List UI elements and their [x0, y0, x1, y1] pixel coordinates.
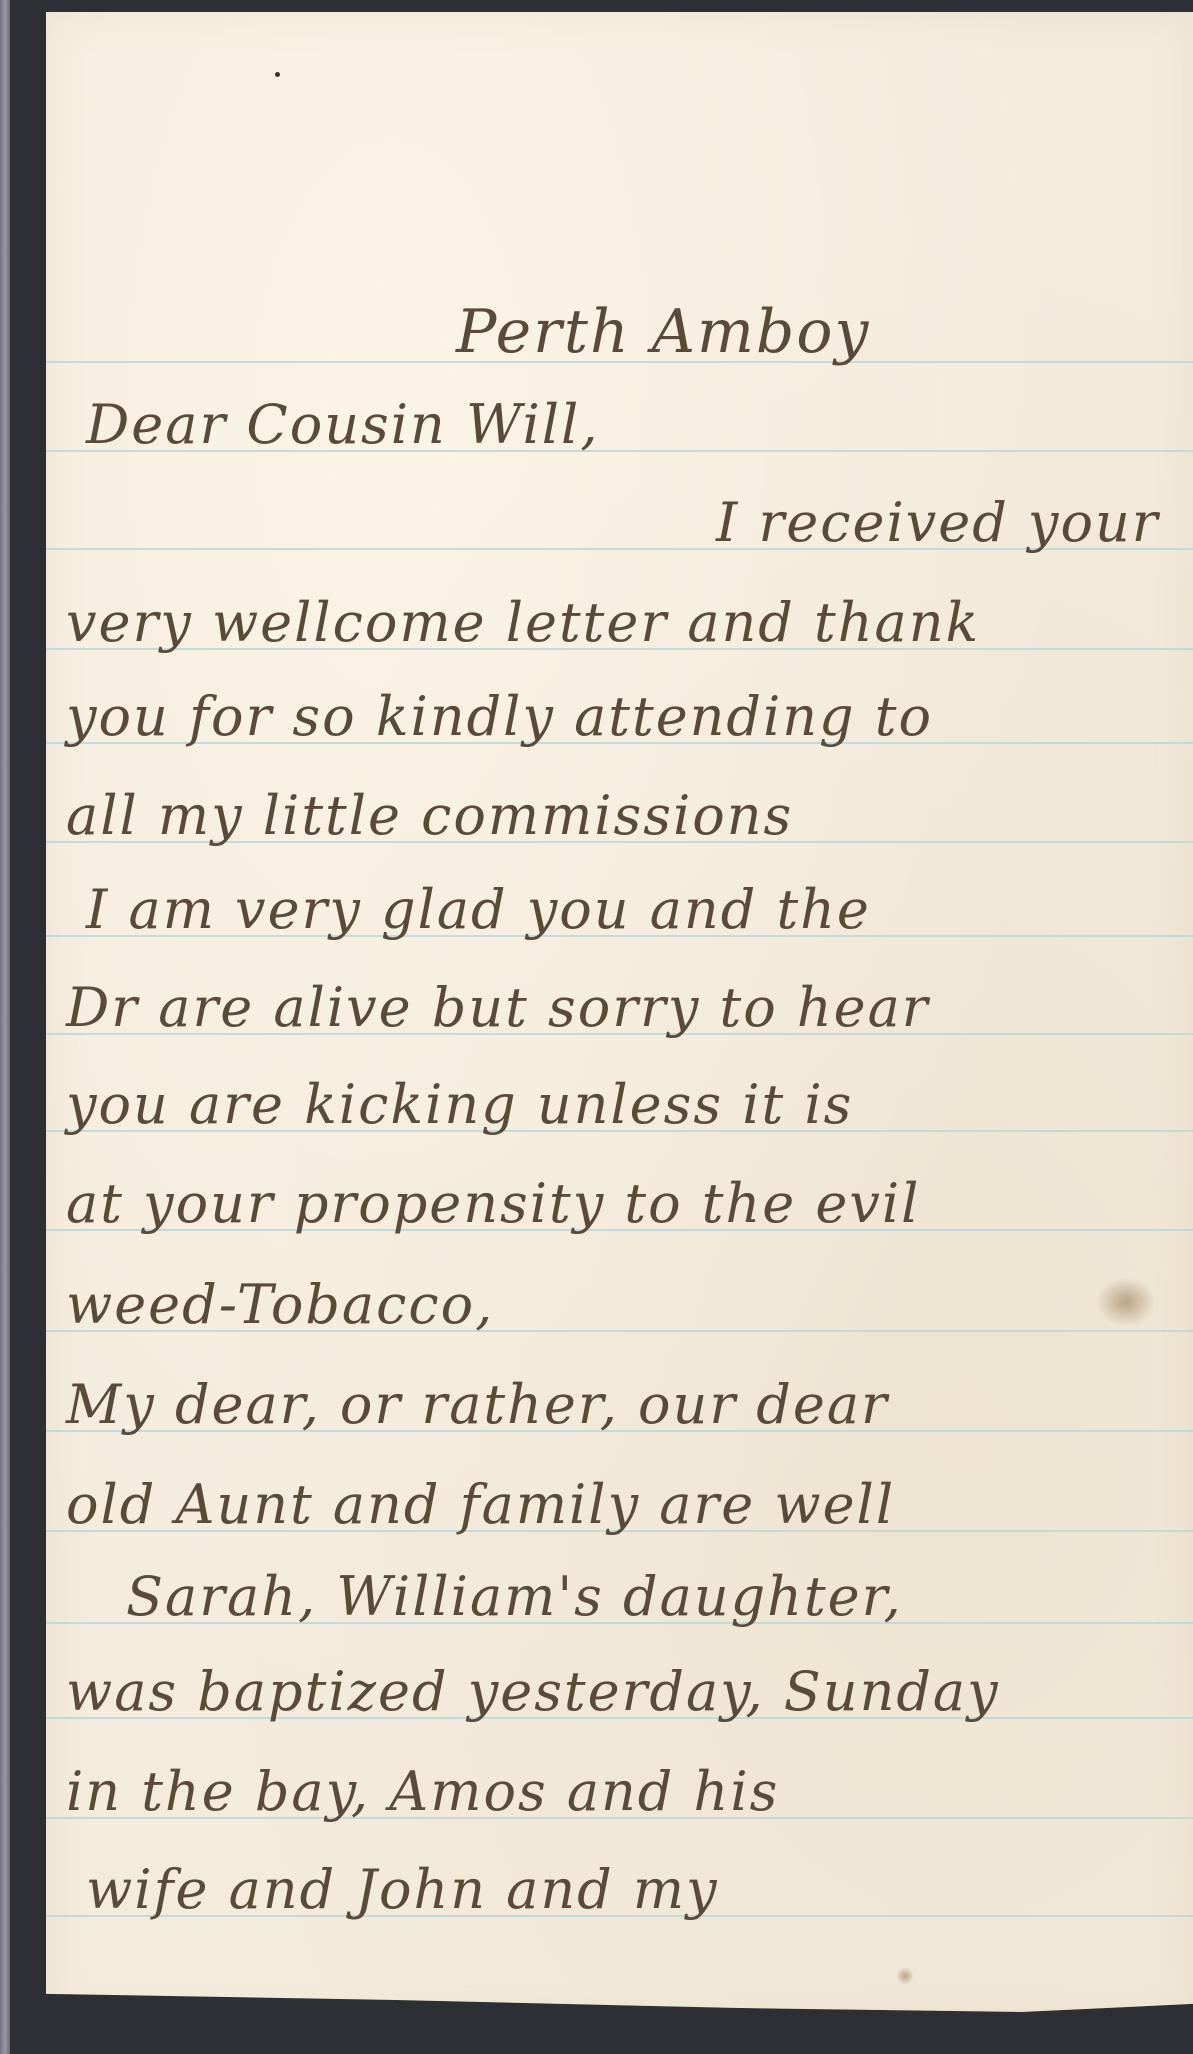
- letter-line-15: wife and John and my: [86, 1863, 719, 1917]
- paper-stain: [1096, 1277, 1156, 1327]
- letter-line-13: was baptized yesterday, Sunday: [66, 1665, 1000, 1719]
- letter-line-3: you for so kindly attending to: [66, 690, 933, 744]
- letter-line-1: I received your: [716, 496, 1160, 550]
- ruled-line: [46, 2012, 1193, 2014]
- letter-salutation: Dear Cousin Will,: [86, 398, 600, 452]
- letter-heading-place: Perth Amboy: [456, 302, 870, 362]
- letter-line-6: Dr are alive but sorry to hear: [66, 981, 930, 1035]
- letter-line-12: Sarah, William's daughter,: [126, 1570, 903, 1624]
- ink-dot: [275, 72, 280, 77]
- salutation-text: Dear Cousin Will,: [86, 393, 600, 456]
- letter-line-10: My dear, or rather, our dear: [66, 1378, 889, 1432]
- letter-line-2: very wellcome letter and thank: [66, 596, 980, 650]
- letter-page: Perth Amboy Dear Cousin Will, I received…: [46, 12, 1193, 2022]
- paper-stain: [896, 1967, 914, 1985]
- letter-line-5: I am very glad you and the: [86, 883, 871, 937]
- letter-line-11: old Aunt and family are well: [66, 1478, 895, 1532]
- letter-line-14: in the bay, Amos and his: [66, 1765, 779, 1819]
- letter-line-9: weed-Tobacco,: [66, 1278, 494, 1332]
- letter-line-7: you are kicking unless it is: [66, 1078, 853, 1132]
- letter-line-8: at your propensity to the evil: [66, 1177, 920, 1231]
- mount-edge-strip: [0, 0, 10, 2054]
- letter-line-4: all my little commissions: [66, 789, 793, 843]
